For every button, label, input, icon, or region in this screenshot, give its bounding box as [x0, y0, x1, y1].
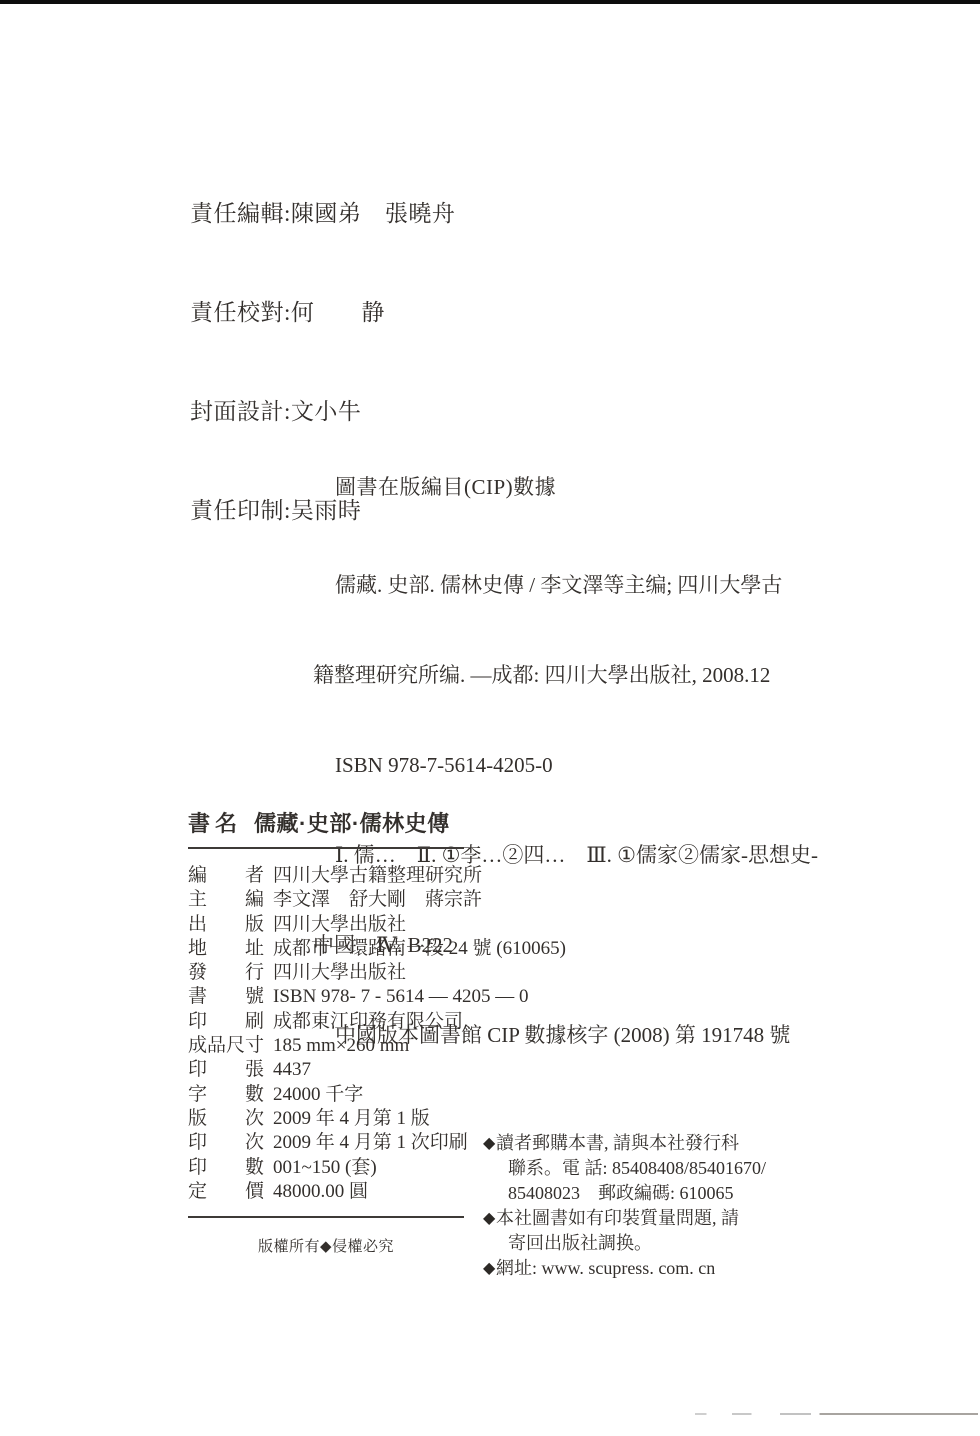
row-value: 24000 千字 — [273, 1083, 363, 1107]
row-value: 48000.00 圓 — [273, 1180, 368, 1204]
note-website: ◆ 網址: www. scupress. com. cn — [483, 1256, 763, 1281]
row-label: 印次 — [188, 1131, 264, 1155]
row-value: 成都東江印務有限公司 — [273, 1010, 463, 1034]
scan-artifact-line — [695, 1413, 978, 1415]
note-quality-exchange: ◆ 本社圖書如有印裝質量問題, 請 寄回出版社調换。 — [483, 1206, 763, 1256]
table-row-print-run: 印數001~150 (套) — [188, 1156, 464, 1180]
table-row-sheets: 印張4437 — [188, 1058, 464, 1082]
staff-line-proofreader: 責任校對:何 静 — [190, 296, 455, 329]
book-title-value: 儒藏·史部·儒林史傳 — [254, 810, 450, 838]
book-title-row: 書名 儒藏·史部·儒林史傳 — [188, 810, 464, 838]
staff-line-editor: 責任編輯:陳國弟 張曉舟 — [190, 197, 455, 230]
note-line: 85408023 郵政編碼: 610065 — [508, 1181, 763, 1206]
note-mail-order: ◆ 讀者郵購本書, 請與本社發行科 聯系。電 話: 85408408/85401… — [483, 1131, 763, 1206]
table-row-address: 地址成都市一環路南一段 24 號 (610065) — [188, 937, 464, 961]
scanned-colophon-page: 責任編輯:陳國弟 張曉舟 責任校對:何 静 封面設計:文小牛 責任印制:吴雨時 … — [0, 0, 980, 1436]
cip-isbn: ISBN 978-7-5614-4205-0 — [313, 750, 793, 780]
diamond-bullet-icon: ◆ — [483, 1256, 495, 1281]
table-row-publisher: 出版四川大學出版社 — [188, 913, 464, 937]
cip-description-line1: 儒藏. 史部. 儒林史傳 / 李文澤等主编; 四川大學古 — [313, 570, 793, 600]
divider-top — [188, 847, 464, 849]
table-row-word-count: 字數24000 千字 — [188, 1083, 464, 1107]
row-label: 定價 — [188, 1180, 264, 1204]
row-label: 印張 — [188, 1058, 264, 1082]
row-label: 印刷 — [188, 1010, 264, 1034]
row-label: 印數 — [188, 1156, 264, 1180]
book-info-table: 書名 儒藏·史部·儒林史傳 編者四川大學古籍整理研究所 主編李文澤 舒大剛 蔣宗… — [188, 810, 464, 1256]
row-value: 四川大學古籍整理研究所 — [273, 864, 482, 888]
row-label: 書號 — [188, 985, 264, 1009]
table-row-distributor: 發行四川大學出版社 — [188, 961, 464, 985]
row-value: 四川大學出版社 — [273, 961, 406, 985]
table-row-isbn: 書號ISBN 978- 7 - 5614 — 4205 — 0 — [188, 985, 464, 1009]
note-line: 本社圖書如有印裝質量問題, 請 — [496, 1206, 763, 1231]
row-value: 2009 年 4 月第 1 次印刷 — [273, 1131, 468, 1155]
note-line: 讀者郵購本書, 請與本社發行科 — [496, 1131, 763, 1156]
divider-bottom — [188, 1216, 464, 1218]
cip-title: 圖書在版編目(CIP)數據 — [313, 472, 793, 502]
row-label: 版次 — [188, 1107, 264, 1131]
row-value: 4437 — [273, 1058, 311, 1082]
note-line: 網址: www. scupress. com. cn — [496, 1256, 763, 1281]
table-row-trim-size: 成品尺寸185 mm×260 mm — [188, 1034, 464, 1058]
row-value: 四川大學出版社 — [273, 913, 406, 937]
table-row-chief-editor: 主編李文澤 舒大剛 蔣宗許 — [188, 888, 464, 912]
scan-edge-bar — [0, 0, 980, 4]
diamond-bullet-icon: ◆ — [483, 1131, 495, 1156]
row-label: 字數 — [188, 1083, 264, 1107]
row-value: 李文澤 舒大剛 蔣宗許 — [273, 888, 482, 912]
row-value: ISBN 978- 7 - 5614 — 4205 — 0 — [273, 985, 528, 1009]
diamond-bullet-icon: ◆ — [483, 1206, 495, 1231]
row-label: 地址 — [188, 937, 264, 961]
row-value: 成都市一環路南一段 24 號 (610065) — [273, 937, 566, 961]
table-row-price: 定價48000.00 圓 — [188, 1180, 464, 1204]
row-value: 185 mm×260 mm — [273, 1034, 409, 1058]
row-label: 成品尺寸 — [188, 1034, 264, 1058]
row-label: 出版 — [188, 913, 264, 937]
book-info-rows: 編者四川大學古籍整理研究所 主編李文澤 舒大剛 蔣宗許 出版四川大學出版社 地址… — [188, 864, 464, 1204]
row-value: 2009 年 4 月第 1 版 — [273, 1107, 430, 1131]
table-row-editor: 編者四川大學古籍整理研究所 — [188, 864, 464, 888]
note-line: 寄回出版社調换。 — [508, 1231, 763, 1256]
note-line: 聯系。電 話: 85408408/85401670/ — [508, 1156, 763, 1181]
row-label: 發行 — [188, 961, 264, 985]
table-row-edition: 版次2009 年 4 月第 1 版 — [188, 1107, 464, 1131]
cip-description-line2: 籍整理研究所编. —成都: 四川大學出版社, 2008.12 — [313, 660, 793, 690]
row-value: 001~150 (套) — [273, 1156, 377, 1180]
row-label: 主編 — [188, 888, 264, 912]
book-title-label: 書名 — [188, 810, 242, 838]
table-row-printer: 印刷成都東江印務有限公司 — [188, 1010, 464, 1034]
copyright-notice: 版權所有◆侵權必究 — [188, 1235, 464, 1256]
table-row-printing: 印次2009 年 4 月第 1 次印刷 — [188, 1131, 464, 1155]
publisher-notes: ◆ 讀者郵購本書, 請與本社發行科 聯系。電 話: 85408408/85401… — [483, 1131, 763, 1282]
row-label: 編者 — [188, 864, 264, 888]
